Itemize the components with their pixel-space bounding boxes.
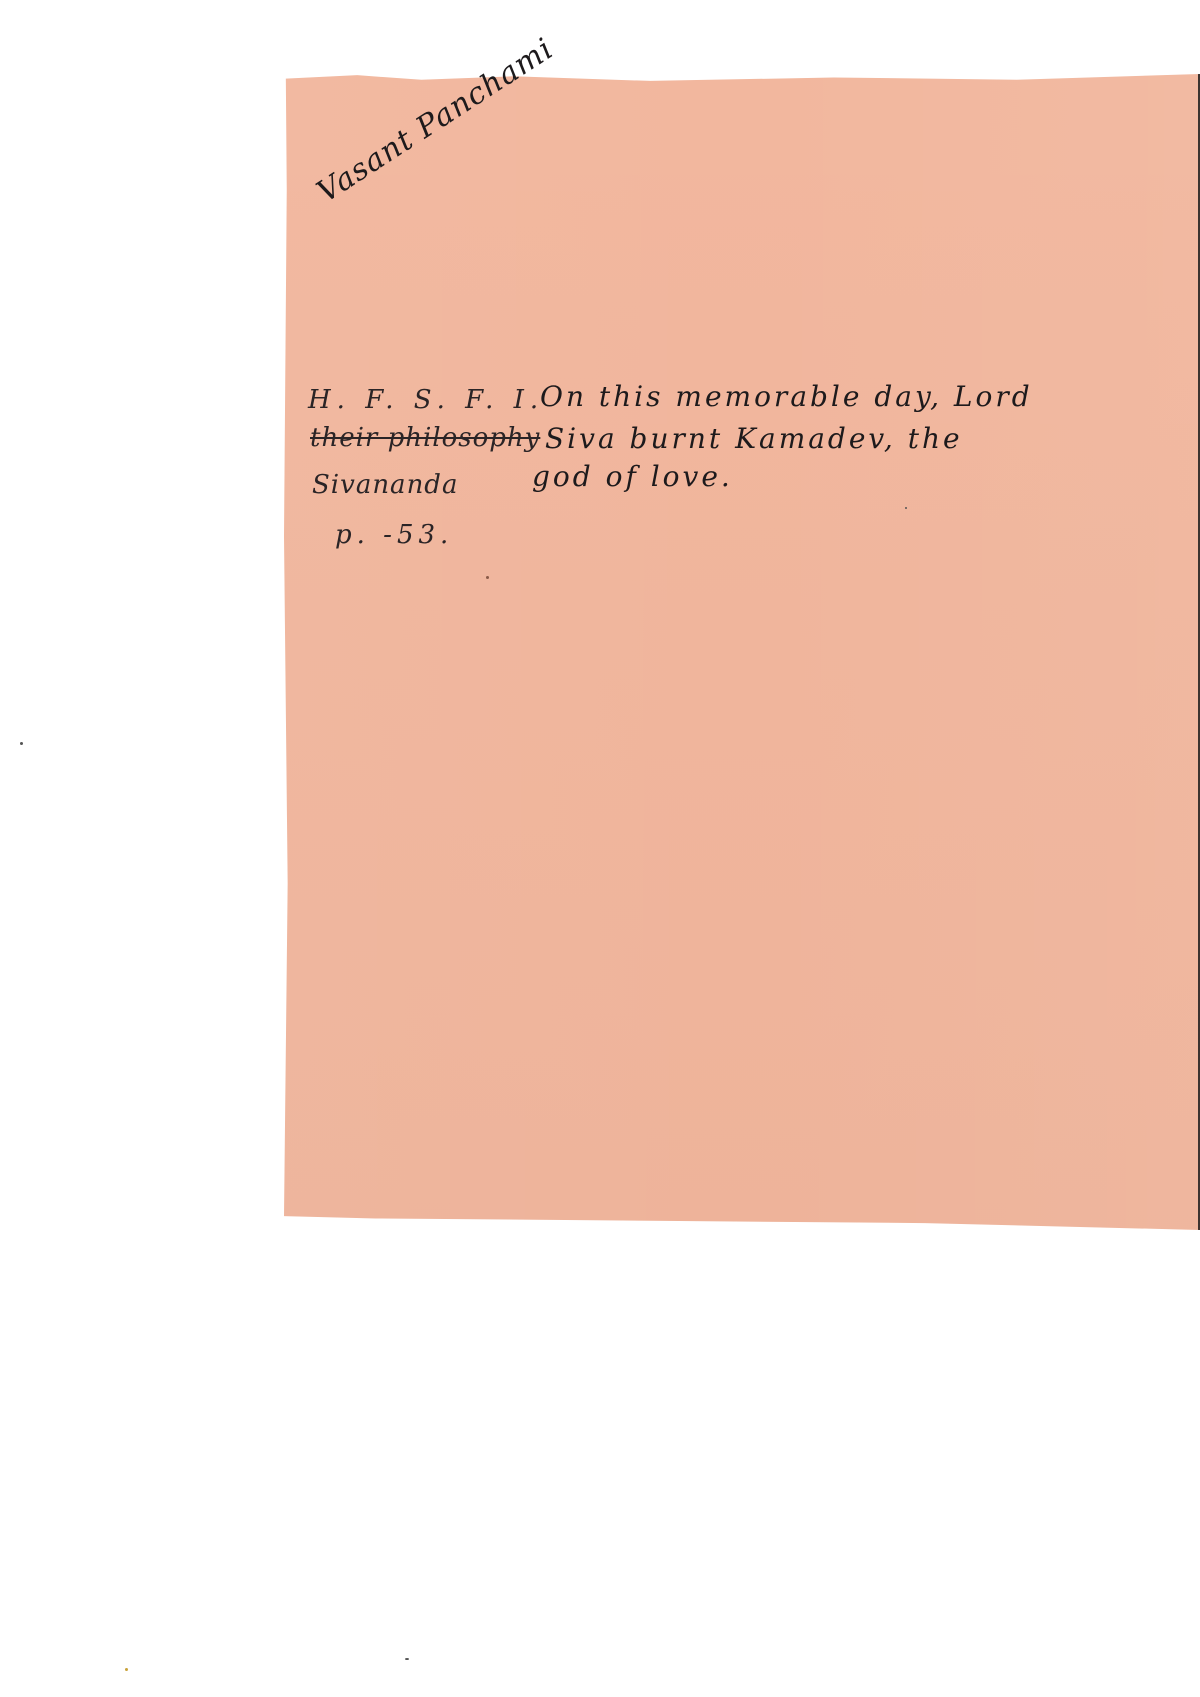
scan-speck bbox=[486, 576, 489, 579]
scan-speck bbox=[125, 1668, 128, 1671]
margin-note: their philosophy bbox=[310, 423, 540, 453]
body-text-line: god of love. bbox=[532, 460, 733, 493]
scan-speck bbox=[20, 742, 23, 745]
margin-note: H. F. S. F. I. bbox=[308, 385, 544, 415]
page-reference: p. -53. bbox=[335, 520, 453, 550]
body-text-line: Siva burnt Kamadev, the bbox=[545, 422, 963, 455]
scan-speck bbox=[405, 1658, 409, 1660]
paper-sheet bbox=[284, 74, 1200, 1230]
scan-speck bbox=[905, 507, 907, 509]
margin-note: Sivananda bbox=[312, 470, 458, 500]
body-text-line: On this memorable day, Lord bbox=[540, 380, 1033, 413]
